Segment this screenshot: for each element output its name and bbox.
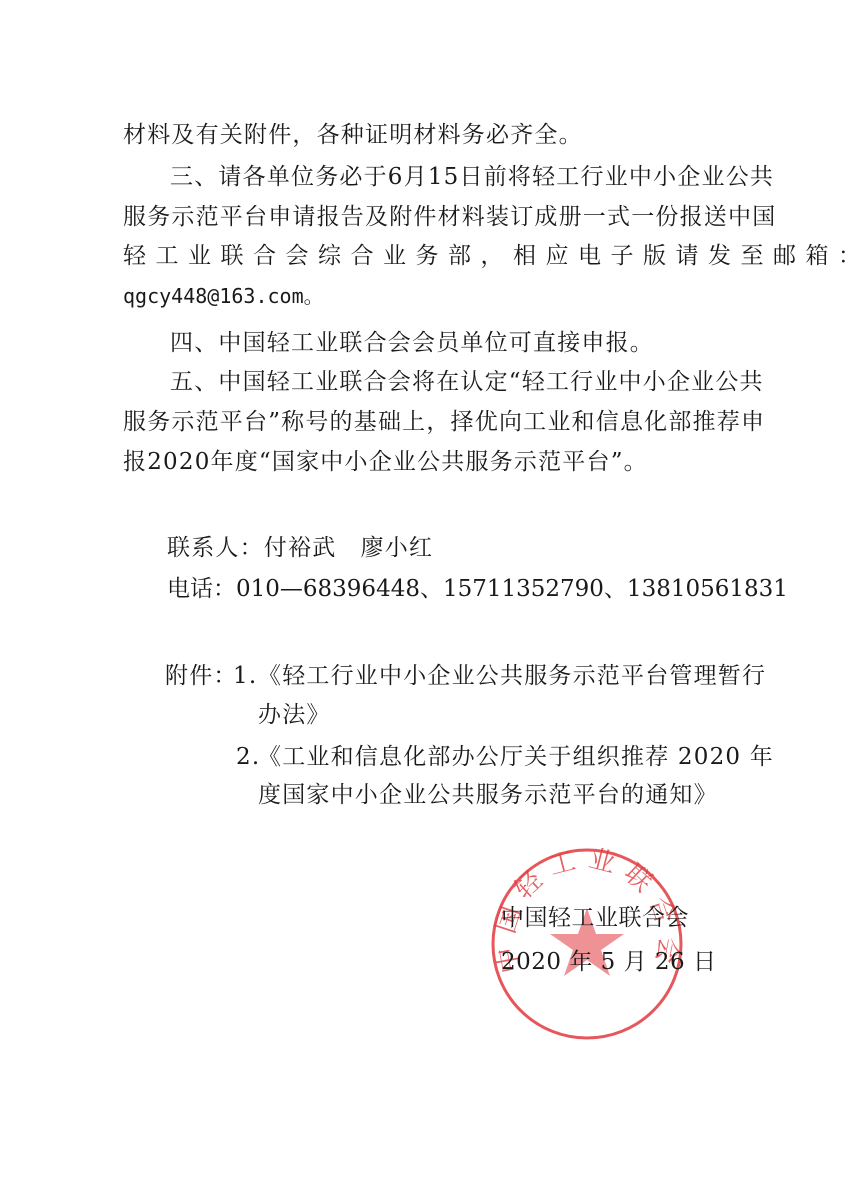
contact-phone: 电话：010—68396448、15711352790、13810561831 [167,574,788,604]
document-page: 材料及有关附件，各种证明材料务必齐全。 三、请各单位务必于6月15日前将轻工行业… [0,0,848,1200]
signature-date: 2020 年 5 月 26 日 [501,947,717,977]
paragraph-line: 轻工业联合会综合业务部，相应电子版请发至邮箱： [123,241,848,271]
attachment-title-cont: 办法》 [258,700,331,730]
attachments-label: 附件： [165,661,238,691]
paragraph-line: 服务示范平台申请报告及附件材料装订成册一式一份报送中国 [123,202,776,232]
attachment-title: 《轻工行业中小企业公共服务示范平台管理暂行 [258,661,766,691]
paragraph-line: 三、请各单位务必于6月15日前将轻工行业中小企业公共 [170,162,774,192]
paragraph-line: 报2020年度“国家中小企业公共服务示范平台”。 [123,447,648,477]
paragraph-line: 材料及有关附件，各种证明材料务必齐全。 [123,120,583,150]
paragraph-line: 五、中国轻工业联合会将在认定“轻工行业中小企业公共 [170,367,764,397]
signature-org: 中国轻工业联合会 [501,903,689,933]
email-address: qgcy448@163.com。 [123,281,324,311]
official-seal-icon: 中国轻工业联合会 [489,846,685,1042]
attachment-title: 《工业和信息化部办公厅关于组织推荐 2020 年 [258,742,774,772]
contact-people: 联系人：付裕武 廖小红 [167,533,433,563]
attachment-number: 2. [236,742,260,772]
paragraph-line: 四、中国轻工业联合会会员单位可直接申报。 [170,328,654,358]
attachment-number: 1. [233,661,257,691]
attachment-title-cont: 度国家中小企业公共服务示范平台的通知》 [258,780,718,810]
paragraph-line: 服务示范平台”称号的基础上，择优向工业和信息化部推荐申 [123,407,765,437]
